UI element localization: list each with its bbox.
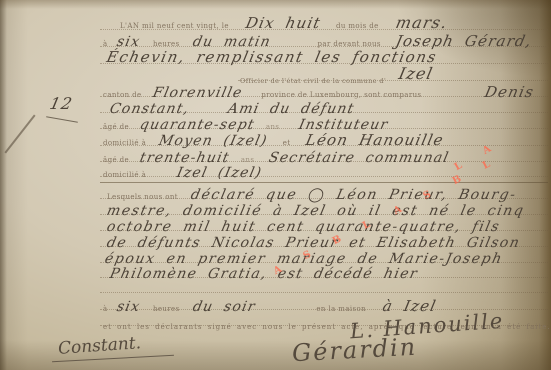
handwritten-entry: à Izel [381,297,438,315]
handwritten-entry: Denis [483,83,536,101]
handwritten-entry: six [115,299,142,315]
margin-check-stroke [4,114,35,153]
form-line: Philomène Gratia, est décédé hier [110,263,418,282]
form-line: Échevin, remplissant les fonctions [107,47,437,66]
printed-label: domicilié à [103,171,146,179]
act-number-underline [46,116,78,123]
printed-label: en la maison [316,305,366,313]
form-line: L'AN mil neuf cent vingt, le Dix huit du… [120,13,447,32]
handwritten-entry: du soir [191,299,257,315]
printed-label: du mois de [336,22,379,30]
printed-label: et [283,139,291,147]
form-line: domicilié à Izel (Izel) [103,162,262,181]
signature-constant: Constant. [57,333,141,359]
handwritten-entry: Dix huit [244,14,323,32]
civil-registry-scan: 12 L'AN mil neuf cent vingt, le Dix huit… [0,0,551,370]
printed-label: à [103,305,108,313]
handwritten-entry: Philomène Gratia, est décédé hier [108,266,419,282]
printed-label: L'AN mil neuf cent vingt, le [120,22,229,30]
handwritten-entry: Izel (Izel) [176,165,264,181]
handwritten-entry: Échevin, remplissant les fonctions [105,48,439,66]
handwritten-entry: Izel [397,64,435,83]
handwritten-entry: Secrétaire communal [268,150,451,166]
act-number: 12 [50,94,73,113]
printed-label: heures [153,305,180,313]
form-line: à six heures du soir en la maison à Izel [103,296,437,315]
handwritten-entry: mars. [394,13,450,32]
ruled-line [100,292,548,293]
section-separator [100,182,548,183]
printed-label: domicilié à [103,139,146,147]
